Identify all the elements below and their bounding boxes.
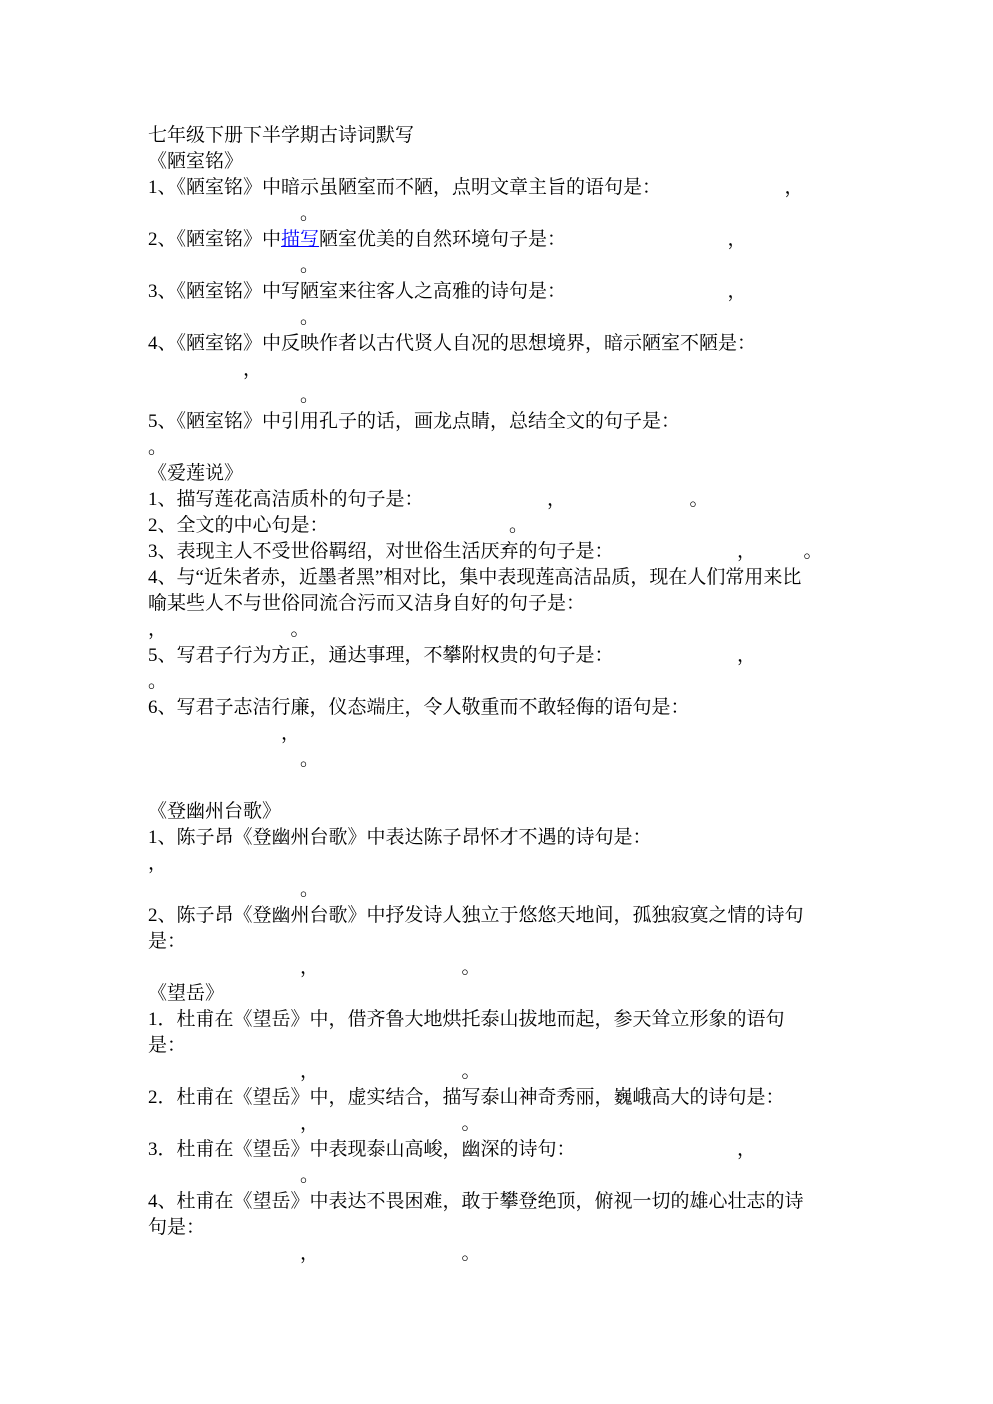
text-line: 。 bbox=[148, 435, 823, 461]
text-run: 2、《陋室铭》中 bbox=[148, 229, 281, 250]
text-line: ， bbox=[148, 721, 823, 747]
text-run: 。 bbox=[148, 879, 319, 900]
text-run: 5、写君子行为方正，通达事理，不攀附权贵的句子是： ， bbox=[148, 645, 756, 666]
text-line: 。 bbox=[148, 669, 823, 695]
text-run: 1、描写莲花高洁质朴的句子是： ， 。 bbox=[148, 489, 709, 510]
text-run: 是： bbox=[148, 931, 186, 952]
text-run: 2．杜甫在《望岳》中，虚实结合，描写泰山神奇秀丽，巍峨高大的诗句是： bbox=[148, 1087, 785, 1108]
text-run: ， 。 bbox=[148, 1113, 481, 1134]
text-run: 4、《陋室铭》中反映作者以古代贤人自况的思想境界，暗示陋室不陋是： bbox=[148, 333, 756, 354]
text-line: 4、杜甫在《望岳》中表达不畏困难，敢于攀登绝顶，俯视一切的雄心壮志的诗 bbox=[148, 1189, 823, 1215]
text-run: 陋室优美的自然环境句子是： ， bbox=[319, 229, 747, 250]
text-run: ， bbox=[148, 359, 262, 380]
text-run: 。 bbox=[148, 1165, 319, 1186]
text-line: 1、《陋室铭》中暗示虽陋室而不陋，点明文章主旨的语句是： ， bbox=[148, 175, 823, 201]
text-line: ， 。 bbox=[148, 955, 823, 981]
text-run: ， 。 bbox=[148, 1061, 481, 1082]
text-line: ， 。 bbox=[148, 1241, 823, 1267]
text-line: 《望岳》 bbox=[148, 981, 823, 1007]
text-run: ， bbox=[148, 723, 300, 744]
text-line: 。 bbox=[148, 253, 823, 279]
text-run: 1、陈子昂《登幽州台歌》中表达陈子昂怀才不遇的诗句是： bbox=[148, 827, 652, 848]
text-line: ， bbox=[148, 851, 823, 877]
text-run: 。 bbox=[148, 671, 167, 692]
text-run: 喻某些人不与世俗同流合污而又洁身自好的句子是： bbox=[148, 593, 585, 614]
text-line: 3．杜甫在《望岳》中表现泰山高峻，幽深的诗句： ， bbox=[148, 1137, 823, 1163]
text-run: 句是： bbox=[148, 1217, 205, 1238]
text-line: ， 。 bbox=[148, 1059, 823, 1085]
text-line: 2．杜甫在《望岳》中，虚实结合，描写泰山神奇秀丽，巍峨高大的诗句是： bbox=[148, 1085, 823, 1111]
text-run: 4、杜甫在《望岳》中表达不畏困难，敢于攀登绝顶，俯视一切的雄心壮志的诗 bbox=[148, 1191, 804, 1212]
text-run: 1、《陋室铭》中暗示虽陋室而不陋，点明文章主旨的语句是： ， bbox=[148, 177, 804, 198]
text-line: 4、《陋室铭》中反映作者以古代贤人自况的思想境界，暗示陋室不陋是： bbox=[148, 331, 823, 357]
text-line: ， 。 bbox=[148, 617, 823, 643]
text-run: 七年级下册下半学期古诗词默写 bbox=[148, 125, 414, 146]
text-run: 。 bbox=[148, 307, 319, 328]
text-line: 。 bbox=[148, 747, 823, 773]
text-line: 七年级下册下半学期古诗词默写 bbox=[148, 123, 823, 149]
text-line: 喻某些人不与世俗同流合污而又洁身自好的句子是： bbox=[148, 591, 823, 617]
document-page: 七年级下册下半学期古诗词默写《陋室铭》1、《陋室铭》中暗示虽陋室而不陋，点明文章… bbox=[148, 123, 823, 1267]
text-run: ， 。 bbox=[148, 957, 481, 978]
text-run: 5、《陋室铭》中引用孔子的话，画龙点睛，总结全文的句子是： bbox=[148, 411, 680, 432]
text-line: 句是： bbox=[148, 1215, 823, 1241]
text-line: 1、陈子昂《登幽州台歌》中表达陈子昂怀才不遇的诗句是： bbox=[148, 825, 823, 851]
text-run: 。 bbox=[148, 385, 319, 406]
text-run: 2、陈子昂《登幽州台歌》中抒发诗人独立于悠悠天地间，孤独寂寞之情的诗句 bbox=[148, 905, 804, 926]
text-line: 2、《陋室铭》中描写陋室优美的自然环境句子是： ， bbox=[148, 227, 823, 253]
text-line: 。 bbox=[148, 877, 823, 903]
text-line: 《爱莲说》 bbox=[148, 461, 823, 487]
text-line: 《陋室铭》 bbox=[148, 149, 823, 175]
text-run: 3．杜甫在《望岳》中表现泰山高峻，幽深的诗句： ， bbox=[148, 1139, 756, 1160]
text-line: 。 bbox=[148, 383, 823, 409]
text-run: 《爱莲说》 bbox=[148, 463, 243, 484]
text-line: 1、描写莲花高洁质朴的句子是： ， 。 bbox=[148, 487, 823, 513]
text-run: ， bbox=[148, 853, 167, 874]
text-run: 是： bbox=[148, 1035, 186, 1056]
text-run: 。 bbox=[148, 255, 319, 276]
text-line bbox=[148, 773, 823, 799]
text-line: 3、《陋室铭》中写陋室来往客人之高雅的诗句是： ， bbox=[148, 279, 823, 305]
hyperlink-text[interactable]: 描写 bbox=[281, 229, 319, 250]
text-line: 5、写君子行为方正，通达事理，不攀附权贵的句子是： ， bbox=[148, 643, 823, 669]
text-run: 2、全文的中心句是： 。 bbox=[148, 515, 528, 536]
text-run: 。 bbox=[148, 749, 319, 770]
text-line: 3、表现主人不受世俗羁绍，对世俗生活厌弃的句子是： ， 。 bbox=[148, 539, 823, 565]
text-line: 是： bbox=[148, 1033, 823, 1059]
text-line: ， 。 bbox=[148, 1111, 823, 1137]
text-line: 1．杜甫在《望岳》中，借齐鲁大地烘托泰山拔地而起，参天耸立形象的语句 bbox=[148, 1007, 823, 1033]
text-run: 3、《陋室铭》中写陋室来往客人之高雅的诗句是： ， bbox=[148, 281, 747, 302]
text-line: ， bbox=[148, 357, 823, 383]
text-run: 。 bbox=[148, 437, 167, 458]
text-run: 《登幽州台歌》 bbox=[148, 801, 281, 822]
text-line: 。 bbox=[148, 201, 823, 227]
text-run: 6、写君子志洁行廉，仪态端庄，令人敬重而不敢轻侮的语句是： bbox=[148, 697, 690, 718]
text-run: 3、表现主人不受世俗羁绍，对世俗生活厌弃的句子是： ， 。 bbox=[148, 541, 823, 562]
text-line: 2、陈子昂《登幽州台歌》中抒发诗人独立于悠悠天地间，孤独寂寞之情的诗句 bbox=[148, 903, 823, 929]
text-line: 2、全文的中心句是： 。 bbox=[148, 513, 823, 539]
text-line: 。 bbox=[148, 305, 823, 331]
text-run: ， 。 bbox=[148, 1243, 481, 1264]
text-line: 是： bbox=[148, 929, 823, 955]
text-run: ， 。 bbox=[148, 619, 310, 640]
text-line: 5、《陋室铭》中引用孔子的话，画龙点睛，总结全文的句子是： bbox=[148, 409, 823, 435]
text-run: 《望岳》 bbox=[148, 983, 224, 1004]
text-line: 4、与“近朱者赤，近墨者黑”相对比，集中表现莲高洁品质，现在人们常用来比 bbox=[148, 565, 823, 591]
text-run: 1．杜甫在《望岳》中，借齐鲁大地烘托泰山拔地而起，参天耸立形象的语句 bbox=[148, 1009, 785, 1030]
text-run: 《陋室铭》 bbox=[148, 151, 243, 172]
text-line: 《登幽州台歌》 bbox=[148, 799, 823, 825]
text-line: 。 bbox=[148, 1163, 823, 1189]
text-run: 4、与“近朱者赤，近墨者黑”相对比，集中表现莲高洁品质，现在人们常用来比 bbox=[148, 567, 801, 588]
text-line: 6、写君子志洁行廉，仪态端庄，令人敬重而不敢轻侮的语句是： bbox=[148, 695, 823, 721]
text-run: 。 bbox=[148, 203, 319, 224]
